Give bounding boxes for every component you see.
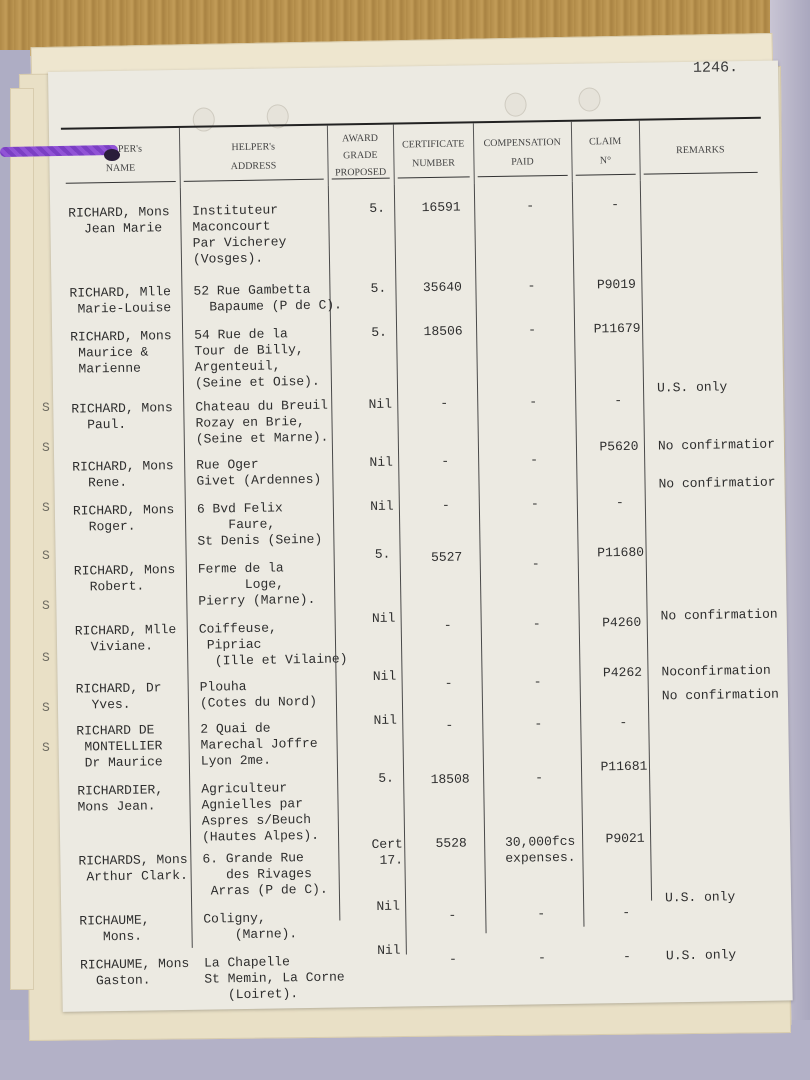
claim-number: - (585, 495, 655, 512)
certificate-number: 18506 (404, 323, 482, 340)
helper-name: RICHARDIER, Mons Jean. (77, 782, 189, 816)
helper-name: RICHARD, Mlle Marie-Louise (69, 284, 181, 318)
compensation-paid: - (492, 950, 592, 968)
compensation-paid: - (481, 278, 581, 296)
compensation-paid: - (487, 616, 587, 634)
compensation-paid: - (485, 496, 585, 514)
table-row: RICHARD, Mons Jean Marie Instituteur Mac… (62, 195, 762, 206)
header-helper-name: HELPER'sNAME (61, 128, 181, 190)
claim-number: P4262 (587, 665, 657, 682)
claim-number: P9019 (581, 277, 651, 294)
certificate-number: 5528 (412, 835, 490, 852)
award-grade: Cert 17. (362, 836, 412, 869)
punch-hole (578, 87, 600, 111)
helper-name: RICHARD, Mons Rene. (72, 458, 184, 492)
table-row: RICHARD, Dr Yves. Plouha (Cotes du Nord)… (70, 671, 770, 682)
table-row: RICHARD, Mlle Marie-Louise 52 Rue Gambet… (63, 275, 763, 286)
helper-name: RICHAUME, Mons. (79, 912, 191, 946)
helper-name: RICHAUME, Mons Gaston. (80, 956, 192, 990)
helper-address: Ferme de la Loge, Pierry (Marne). (198, 559, 359, 610)
certificate-number: - (414, 951, 492, 968)
document-page: 1246. HELPER'sNAME HELPER'sADDRESS AWARD… (48, 61, 793, 1012)
claim-number: P5620 (584, 439, 654, 456)
helper-name: RICHARD, Mons Maurice & Marienne (70, 328, 183, 378)
award-grade: Nil (360, 712, 410, 729)
certificate-number: 18508 (411, 771, 489, 788)
table-row: RICHARD, Mons Paul. Chateau du Breuil Ro… (65, 391, 765, 402)
compensation-paid: - (488, 674, 588, 692)
helper-name: RICHARD, Mons Roger. (73, 502, 185, 536)
award-grade: 5. (353, 280, 403, 297)
binding-string (0, 145, 118, 157)
header-compensation-paid: COMPENSATIONPAID (473, 122, 573, 184)
helper-name: RICHARD, Mlle Viviane. (75, 622, 187, 656)
claim-number: P4260 (587, 615, 657, 632)
punch-hole (504, 92, 526, 116)
remarks: No confirmation (662, 686, 810, 704)
award-grade: 5. (358, 546, 408, 563)
helper-address: La Chapelle St Memin, La Corne (Loiret). (204, 953, 365, 1004)
claim-number: P9021 (590, 830, 660, 847)
compensation-paid: - (489, 770, 589, 788)
claim-number: P11679 (582, 321, 652, 338)
compensation-paid: - (483, 394, 583, 412)
certificate-number: 35640 (403, 279, 481, 296)
award-grade: Nil (356, 454, 406, 471)
helper-address: 52 Rue Gambetta Bapaume (P de C). (193, 281, 353, 316)
remarks: U.S. only (666, 946, 810, 964)
claim-number: P11681 (589, 758, 659, 775)
table-row: RICHARDS, Mons Arthur Clark. 6. Grande R… (72, 843, 772, 854)
binding-hole (104, 149, 120, 161)
claim-number: - (588, 714, 658, 731)
remarks: U.S. only (665, 888, 810, 906)
award-grade: Nil (357, 498, 407, 515)
certificate-number: - (413, 907, 491, 924)
table-row: RICHAUME, Mons. Coligny, (Marne). Nil - … (73, 903, 773, 914)
compensation-paid: - (491, 906, 591, 924)
helper-address: Coiffeuse, Pipriac (Ille et Vilaine) (199, 619, 360, 670)
header-claim-number: CLAIMN° (571, 121, 641, 182)
helper-name: RICHARD, Mons Robert. (74, 562, 186, 596)
helper-address: Chateau du Breuil Rozay en Brie, (Seine … (195, 397, 356, 448)
certificate-number: - (410, 717, 488, 734)
remarks: U.S. only (657, 378, 807, 396)
claim-number: P11680 (586, 545, 656, 562)
compensation-paid: - (488, 716, 588, 734)
helper-address: Rue Oger Givet (Ardennes) (196, 455, 356, 490)
claim-number: - (591, 904, 661, 921)
award-grade: 5. (354, 324, 404, 341)
helper-address: 6. Grande Rue des Rivages Arras (P de C)… (202, 849, 363, 900)
award-grade: 5. (352, 200, 402, 217)
award-grade: Nil (364, 942, 414, 959)
table-row: RICHARD, Mlle Viviane. Coiffeuse, Pipria… (69, 613, 769, 624)
certificate-number: - (407, 497, 485, 514)
award-grade: Nil (359, 610, 409, 627)
certificate-number: - (405, 395, 483, 412)
header-award-grade: AWARDGRADEPROPOSED (327, 125, 395, 186)
helper-name: RICHARD, Mons Jean Marie (68, 204, 180, 238)
page-number: 1246. (693, 59, 738, 77)
compensation-paid: - (486, 556, 586, 574)
award-grade: Nil (359, 668, 409, 685)
table-row: RICHARD, Mons Maurice & Marienne 54 Rue … (64, 319, 764, 330)
remarks: No confirmation (661, 606, 810, 624)
helper-name: RICHARD DE MONTELLIER Dr Maurice (76, 722, 189, 772)
table-row: RICHARD, Mons Robert. Ferme de la Loge, … (68, 553, 768, 564)
helper-address: 54 Rue de la Tour de Billy, Argenteuil, … (194, 325, 355, 392)
underlying-sheet-edge (10, 88, 34, 990)
remarks: No confirmatior (658, 474, 808, 492)
helper-address: Coligny, (Marne). (203, 909, 363, 944)
remarks (664, 842, 810, 844)
claim-number: - (583, 393, 653, 410)
certificate-number: 5527 (408, 549, 486, 566)
certificate-number: 16591 (402, 199, 480, 216)
helper-name: RICHARDS, Mons Arthur Clark. (78, 852, 190, 886)
remarks (663, 772, 810, 774)
claim-number: - (592, 948, 662, 965)
compensation-paid: 30,000fcs expenses. (490, 834, 590, 868)
helper-address: Agriculteur Agnielles par Aspres s/Beuch… (201, 779, 362, 846)
helper-address: 6 Bvd Felix Faure, St Denis (Seine) (197, 499, 358, 550)
certificate-number: - (409, 617, 487, 634)
header-helper-address: HELPER'sADDRESS (179, 126, 329, 188)
compensation-paid: - (484, 452, 584, 470)
table-header: HELPER'sNAME HELPER'sADDRESS AWARDGRADEP… (61, 119, 762, 190)
claim-number: - (580, 197, 650, 214)
award-grade: Nil (355, 396, 405, 413)
remarks: Noconfirmation (661, 662, 810, 680)
compensation-paid: - (480, 198, 580, 216)
compensation-paid: - (482, 322, 582, 340)
remarks: No confirmatior (658, 436, 808, 454)
table-row: RICHARD, Mons Roger. 6 Bvd Felix Faure, … (67, 493, 767, 504)
award-grade: 5. (361, 770, 411, 787)
header-remarks: REMARKS (639, 119, 762, 181)
helper-name: RICHARD, Dr Yves. (76, 680, 188, 714)
table-row: RICHARD DE MONTELLIER Dr Maurice 2 Quai … (70, 713, 770, 724)
award-grade: Nil (363, 898, 413, 915)
helper-address: Instituteur Maconcourt Par Vicherey (Vos… (192, 201, 353, 268)
table-row: RICHARDIER, Mons Jean. Agriculteur Agnie… (71, 773, 771, 784)
helper-name: RICHARD, Mons Paul. (71, 400, 183, 434)
helper-address: 2 Quai de Marechal Joffre Lyon 2me. (200, 719, 361, 770)
helper-address: Plouha (Cotes du Nord) (200, 677, 360, 712)
header-certificate-number: CERTIFICATENUMBER (393, 123, 475, 184)
certificate-number: - (410, 675, 488, 692)
table-row: RICHAUME, Mons Gaston. La Chapelle St Me… (74, 947, 774, 958)
certificate-number: - (406, 453, 484, 470)
table-row: RICHARD, Mons Rene. Rue Oger Givet (Arde… (66, 449, 766, 460)
